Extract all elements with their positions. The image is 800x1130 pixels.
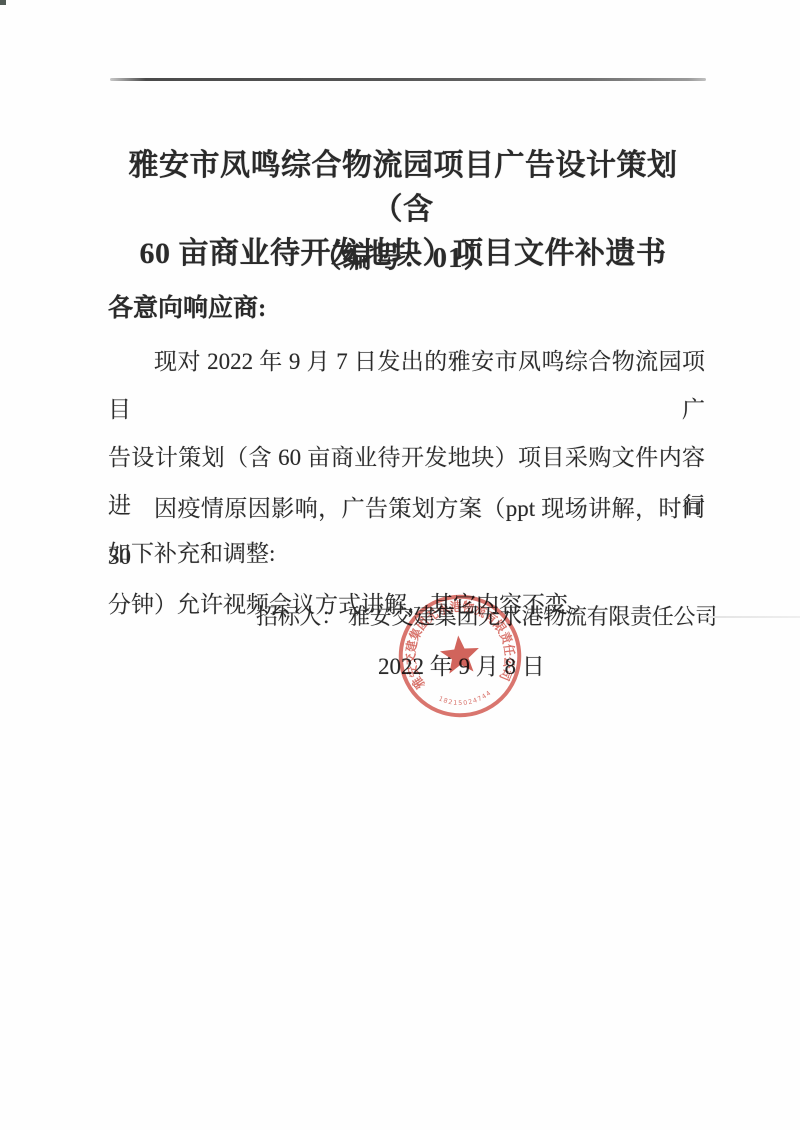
document-number: （编号：01） <box>100 238 706 278</box>
svg-text:18215024744: 18215024744 <box>437 689 494 709</box>
document-title-line-1: 雅安市凤鸣综合物流园项目广告设计策划（含 <box>100 144 706 232</box>
paragraph-2-line-1: 因疫情原因影响，广告策划方案（ppt 现场讲解，时间 30 <box>108 485 705 581</box>
paragraph-1-line-1: 现对 2022 年 9 月 7 日发出的雅安市凤鸣综合物流园项目广 <box>108 338 705 434</box>
official-seal-stamp: 雅安交建集团无水港物流有限责任公司 18215024744 <box>381 577 539 735</box>
header-rule <box>110 78 706 81</box>
scan-corner-artifact <box>0 0 6 5</box>
scan-line-artifact <box>700 616 800 618</box>
document-page: 雅安市凤鸣综合物流园项目广告设计策划（含 60 亩商业待开发地块）项目文件补遗书… <box>0 0 800 1130</box>
seal-serial-number: 18215024744 <box>437 689 494 709</box>
seal-star-icon <box>439 634 481 674</box>
salutation: 各意向响应商: <box>108 294 704 324</box>
